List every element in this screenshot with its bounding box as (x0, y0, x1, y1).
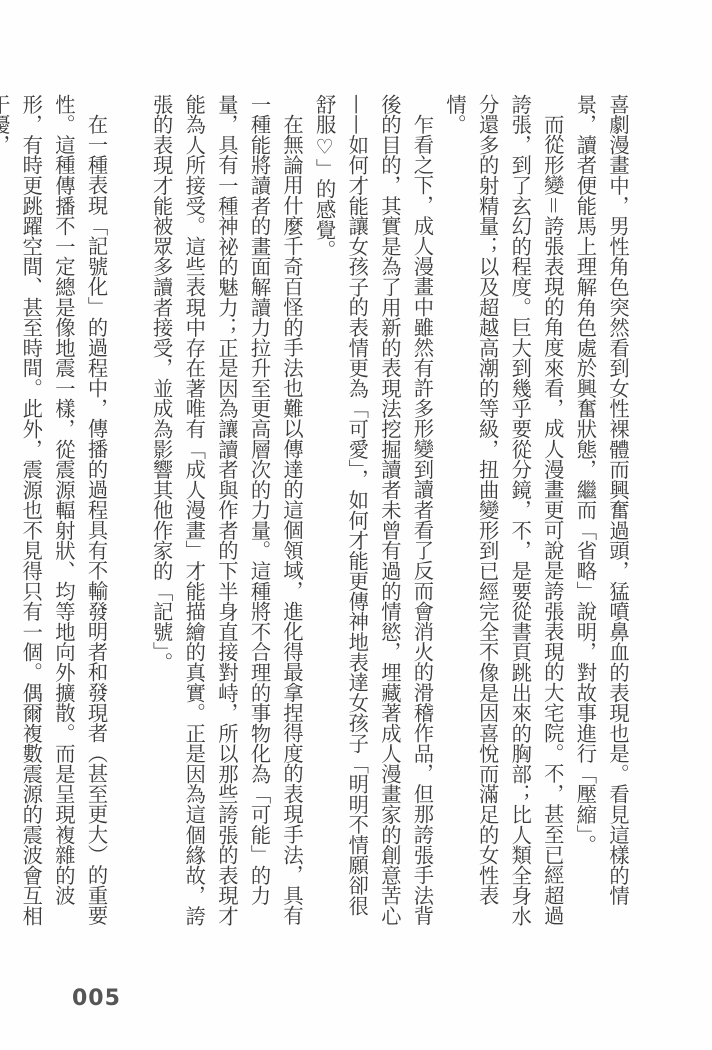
page-number: 005 (72, 986, 121, 1011)
paragraph-symbolization: 在一種表現「記號化」的過程中，傳播的過程具有不輸發明者和發現者（甚至更大）的重要… (0, 94, 113, 934)
book-page: 喜劇漫畫中，男性角色突然看到女性裸體而興奮過頭，猛噴鼻血的表現也是。看見這樣的情… (0, 0, 712, 1050)
paragraph-gap (113, 94, 146, 934)
paragraph-nosebleed-example: 喜劇漫畫中，男性角色突然看到女性裸體而興奮過頭，猛噴鼻血的表現也是。看見這樣的情… (569, 94, 634, 934)
paragraph-purpose: 乍看之下，成人漫畫中雖然有許多形變到讀者看了反而會消火的滑稽作品，但那誇張手法背… (308, 94, 438, 934)
paragraph-mysterious-charm: 在無論用什麼千奇百怪的手法也難以傳達的這個領域，進化得最拿捏得度的表現手法，具有… (145, 94, 308, 934)
vertical-text-body: 喜劇漫畫中，男性角色突然看到女性裸體而興奮過頭，猛噴鼻血的表現也是。看見這樣的情… (0, 94, 634, 934)
paragraph-exaggeration: 而從形變＝誇張表現的角度來看，成人漫畫更可說是誇張表現的大宅院。不，甚至已經超過… (438, 94, 568, 934)
